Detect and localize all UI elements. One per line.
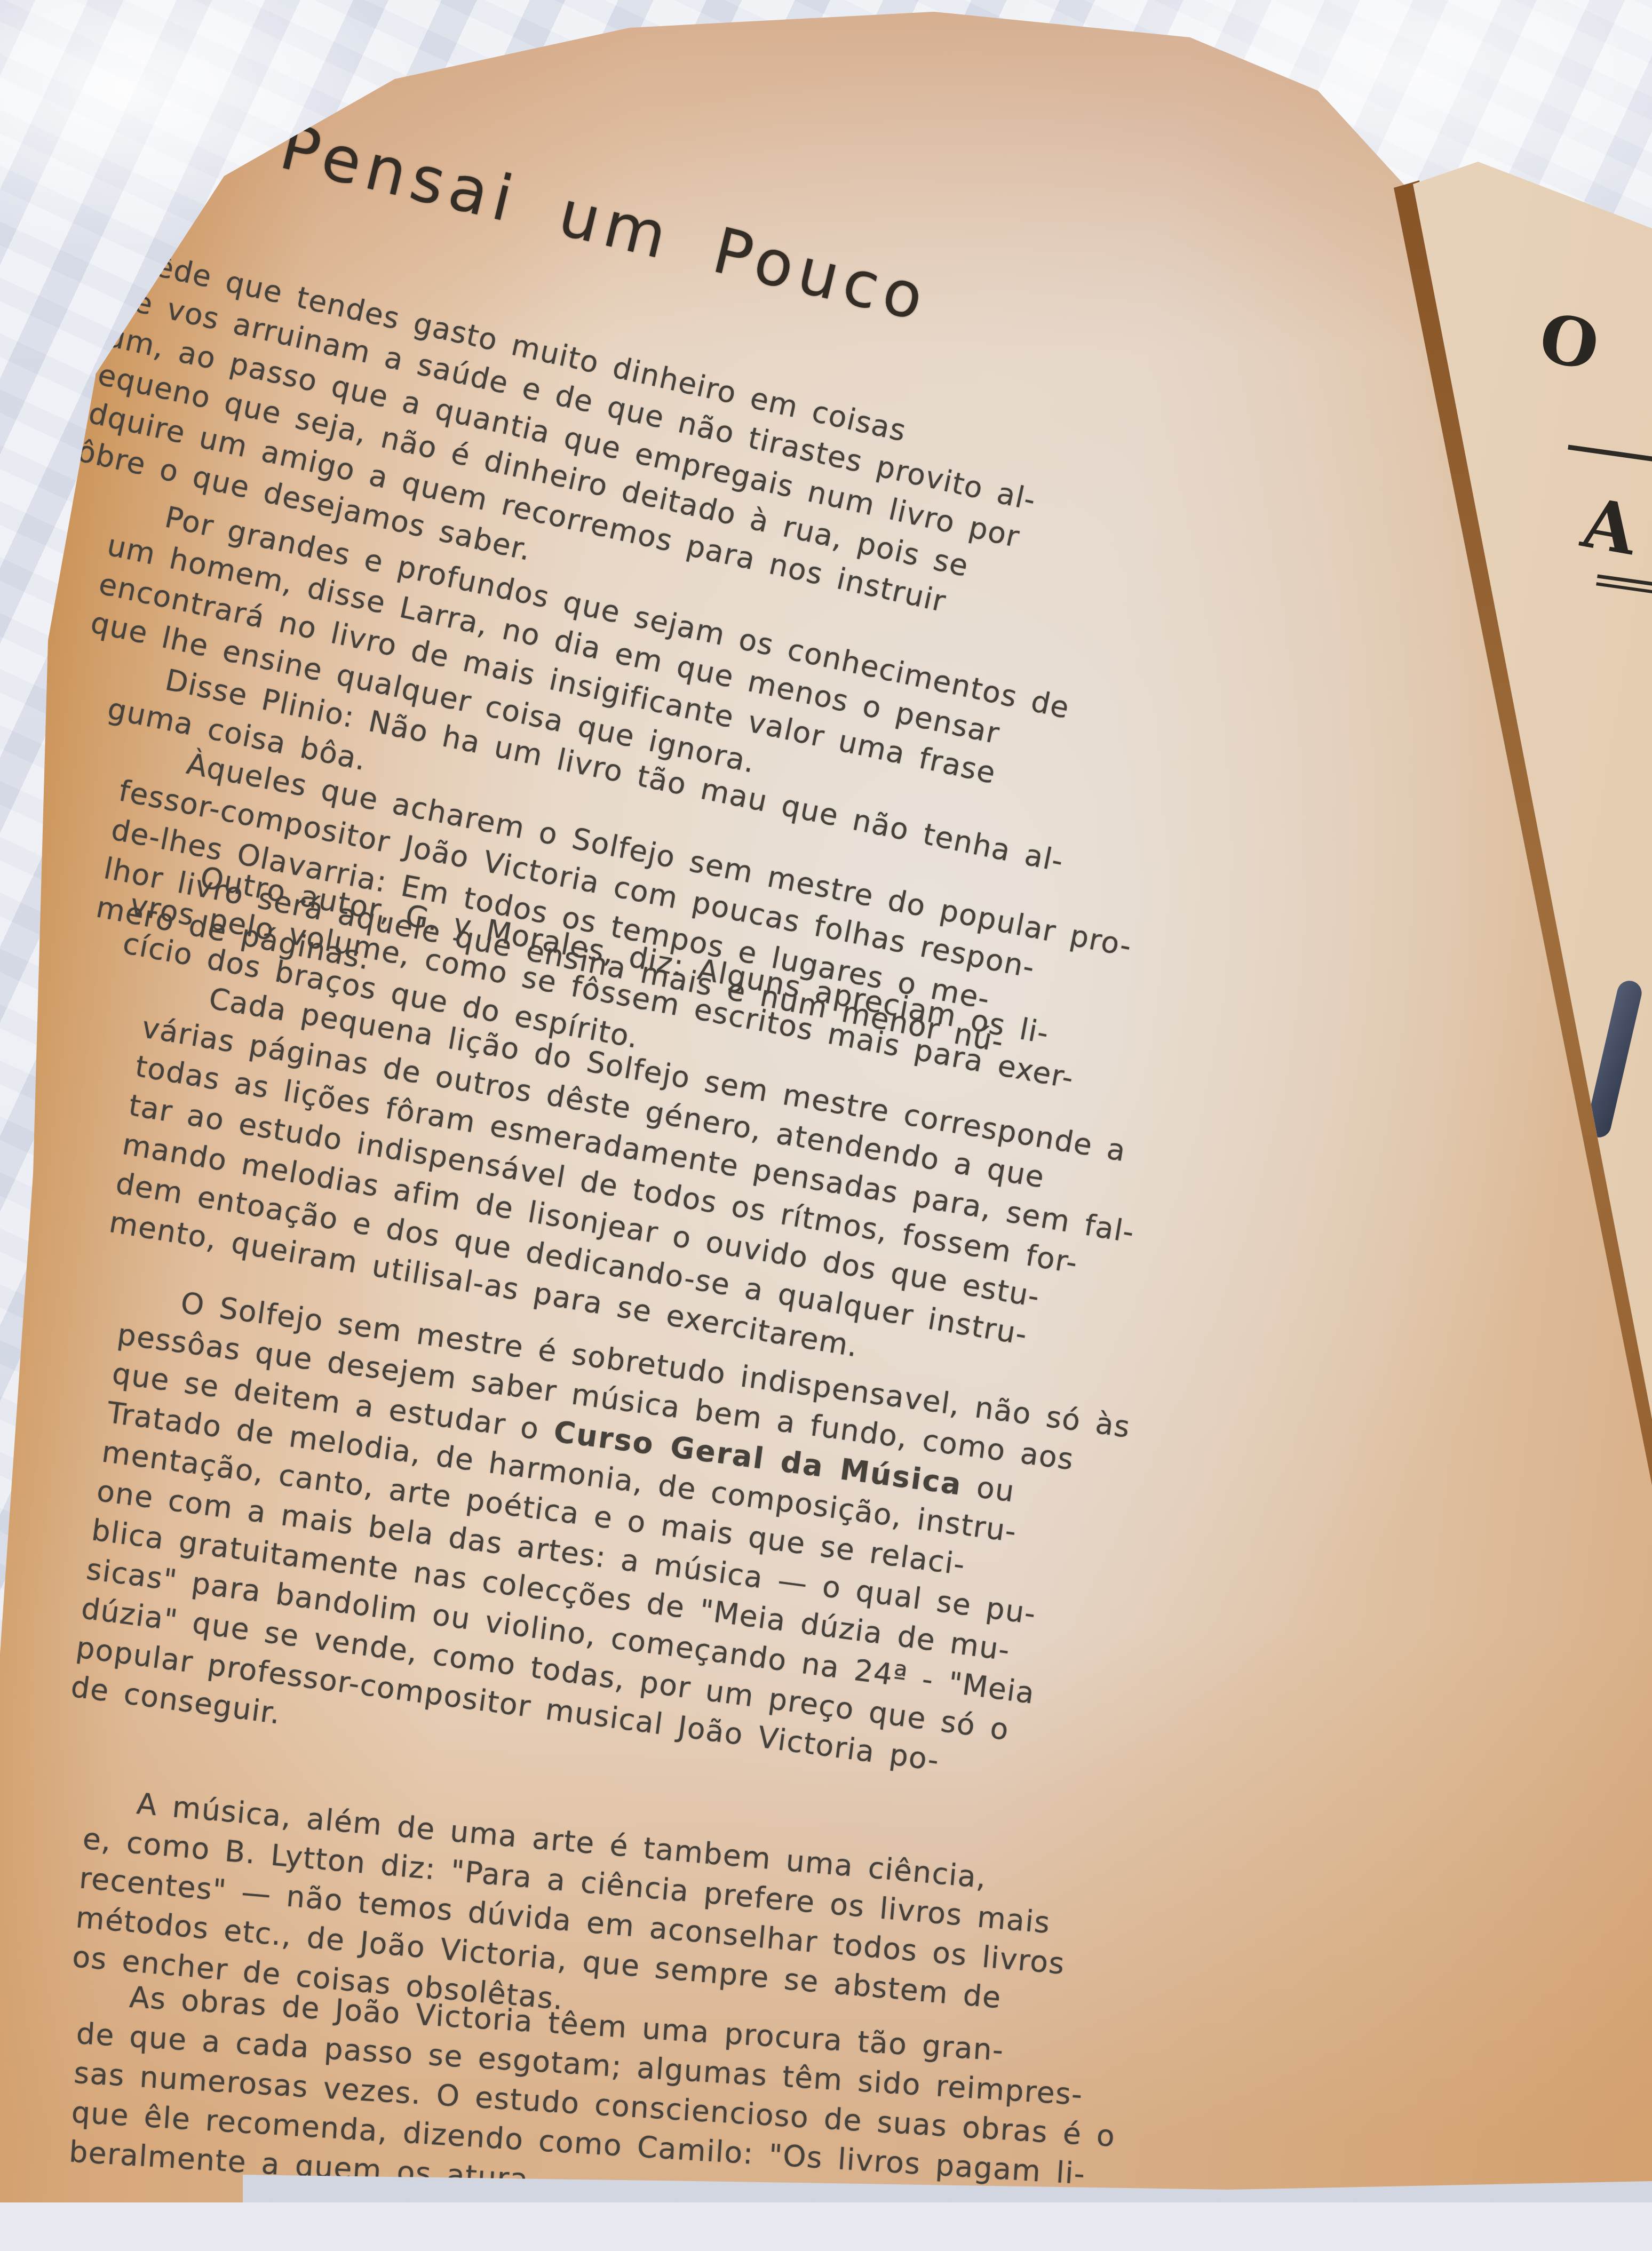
right-page-rule bbox=[1568, 445, 1652, 462]
right-page-heading-letter: A bbox=[1576, 483, 1642, 571]
booklet-left-page: Pensai um Pouco e vêde que tendes gasto … bbox=[0, 0, 1652, 2202]
right-page-heading-letter: O bbox=[1534, 299, 1605, 386]
right-page-double-rule bbox=[1596, 574, 1652, 594]
